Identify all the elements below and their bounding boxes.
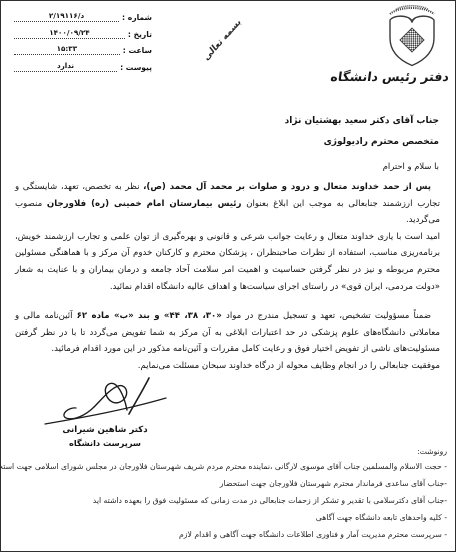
cc-item-units: - کلیه واحدهای تابعه دانشگاه جهت آگاهی (7, 509, 447, 526)
letter-time-value: ۱۵:۳۳ (14, 43, 120, 55)
university-emblem-icon (383, 3, 441, 69)
recipient-title: متخصص محترم رادیولوژی (285, 132, 439, 153)
cc-item-mp: - حجت الاسلام والمسلمین جناب آقای موسوی … (7, 458, 447, 475)
letter-time-row: ساعت : ۱۵:۳۳ (14, 43, 152, 55)
signature-block: دکتر شاهین شیرانی سرپرست دانشگاه (25, 373, 185, 450)
signer-name: دکتر شاهین شیرانی (25, 424, 185, 437)
recipient-block: جناب آقای دکتر سعید بهشتیان نژاد متخصص م… (285, 111, 439, 153)
cc-section: رونوشت: - حجت الاسلام والمسلمین جناب آقا… (7, 447, 447, 543)
salutation: با سلام و احترام (383, 161, 439, 171)
letter-attachment-value: ندارد (14, 60, 117, 72)
recipient-name: جناب آقای دکتر سعید بهشتیان نژاد (285, 111, 439, 132)
letter-date-value: ۱۴۰۰/۰۹/۲۴ (14, 27, 125, 39)
letter-body: پس از حمد خداوند متعال و درود و صلوات بر… (15, 179, 440, 375)
letter-number-row: شماره : د/۲/۱۹۱۱۶ (14, 10, 152, 22)
letter-date-label: تاریخ : (125, 30, 152, 39)
letter-number-label: شماره : (119, 13, 152, 22)
cc-item-predecessor: -جناب آقای دکترسلامی با تقدیر و تشکر از … (7, 492, 447, 509)
letter-attachment-label: پیوست : (117, 63, 152, 72)
delegation-text-start: ضمناً مسؤولیت تشخیص، تعهد و تسجیل مندرج … (222, 311, 431, 321)
official-letter-page: شماره : د/۲/۱۹۱۱۶ تاریخ : ۱۴۰۰/۰۹/۲۴ ساع… (0, 0, 456, 552)
letter-number-value: د/۲/۱۹۱۱۶ (14, 10, 119, 22)
cc-heading: رونوشت: (7, 447, 447, 456)
position-title: رئیس بیمارستان امام خمینی (ره) فلاورجان (47, 199, 242, 209)
letter-meta-block: شماره : د/۲/۱۹۱۱۶ تاریخ : ۱۴۰۰/۰۹/۲۴ ساع… (14, 10, 152, 76)
paragraph-hope: امید است با یاری خداوند متعال و رعایت جو… (15, 229, 440, 295)
letter-date-row: تاریخ : ۱۴۰۰/۰۹/۲۴ (14, 27, 152, 39)
paragraph-delegation: ضمناً مسؤولیت تشخیص، تعهد و تسجیل مندرج … (15, 308, 440, 358)
regulation-articles: «۳۰، ۳۸، ۴۴» و بند «ب» ماده ۶۲ (77, 311, 222, 321)
signature-scribble-icon (30, 373, 180, 428)
bismillah-calligraphy: بسمه تعالی (202, 17, 243, 63)
office-title: دفتر رئیس دانشگاه (348, 69, 450, 84)
invocation-phrase: پس از حمد خداوند متعال و درود و صلوات بر… (143, 182, 431, 192)
cc-item-it-management: - سرپرست محترم مدیریت آمار و فناوری اطلا… (7, 526, 447, 543)
letter-attachment-row: پیوست : ندارد (14, 60, 152, 72)
paragraph-appointment: پس از حمد خداوند متعال و درود و صلوات بر… (15, 179, 440, 229)
letter-time-label: ساعت : (120, 46, 152, 55)
cc-item-governor: -جناب آقای ساعدی فرماندار محترم شهرستان … (7, 475, 447, 492)
